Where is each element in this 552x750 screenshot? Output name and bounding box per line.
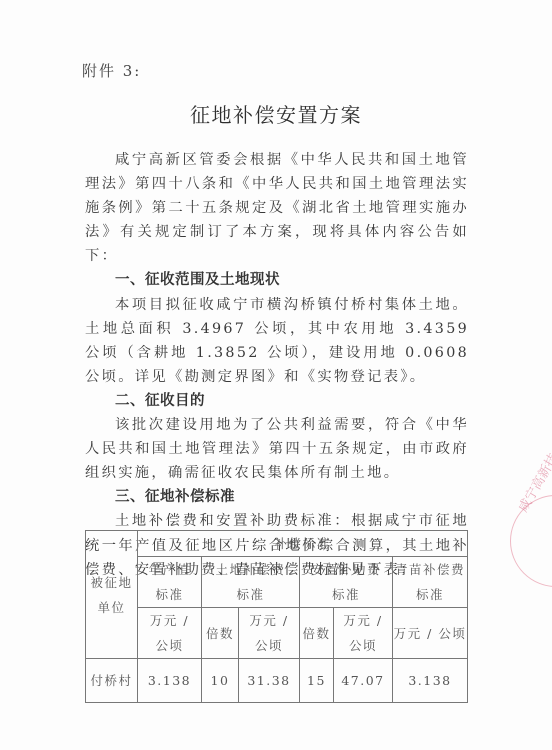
cell-resettle-multiplier: 15 (300, 659, 334, 703)
col-header-annual: 年产值标准 (138, 557, 202, 608)
section-heading-scope: 一、征收范围及土地现状 (85, 268, 469, 292)
group-header: 补偿标准 (138, 531, 468, 557)
section-text-purpose: 该批次建设用地为了公共利益需要，符合《中华人民共和国土地管理法》第四十五条规定，… (85, 413, 469, 485)
col-header-land: 土地补偿费标准 (202, 557, 300, 608)
attachment-label: 附件 3: (82, 60, 141, 81)
sub-header-land-multiplier: 倍数 (202, 608, 239, 659)
sub-header-annual-unit: 万元 / 公顷 (138, 608, 202, 659)
cell-land-multiplier: 10 (202, 659, 239, 703)
sub-header-seedling-unit: 万元 / 公顷 (393, 608, 468, 659)
section-text-scope: 本项目拟征收咸宁市横沟桥镇付桥村集体土地。土地总面积 3.4967 公顷，其中农… (85, 293, 469, 389)
unit-header-cell: 被征地单位 (86, 531, 138, 659)
sub-header-resettle-unit: 万元 / 公顷 (334, 608, 393, 659)
intro-paragraph: 咸宁高新区管委会根据《中华人民共和国土地管理法》第四十八条和《中华人民共和国土地… (85, 148, 469, 268)
sub-header-resettle-multiplier: 倍数 (300, 608, 334, 659)
cell-resettle-comp: 47.07 (334, 659, 393, 703)
cell-unit: 付桥村 (86, 659, 138, 703)
col-header-seedling: 青苗补偿费标准 (393, 557, 468, 608)
section-heading-purpose: 二、征收目的 (85, 389, 469, 413)
sub-header-land-unit: 万元 / 公顷 (239, 608, 300, 659)
cell-land-comp: 31.38 (239, 659, 300, 703)
cell-annual-value: 3.138 (138, 659, 202, 703)
document-body: 咸宁高新区管委会根据《中华人民共和国土地管理法》第四十八条和《中华人民共和国土地… (85, 148, 469, 582)
section-heading-standard: 三、征地补偿标准 (85, 485, 469, 509)
col-header-resettle: 安置补助费标准 (300, 557, 393, 608)
document-title: 征地补偿安置方案 (0, 99, 552, 128)
compensation-table: 被征地单位 补偿标准 年产值标准 土地补偿费标准 安置补助费标准 青苗补偿费标准… (85, 530, 468, 703)
table-row: 付桥村 3.138 10 31.38 15 47.07 3.138 (86, 659, 468, 703)
cell-seedling-comp: 3.138 (393, 659, 468, 703)
unit-header: 被征地单位 (90, 570, 134, 620)
document-page: 附件 3: 征地补偿安置方案 咸宁高新区管委会根据《中华人民共和国土地管理法》第… (0, 0, 552, 750)
